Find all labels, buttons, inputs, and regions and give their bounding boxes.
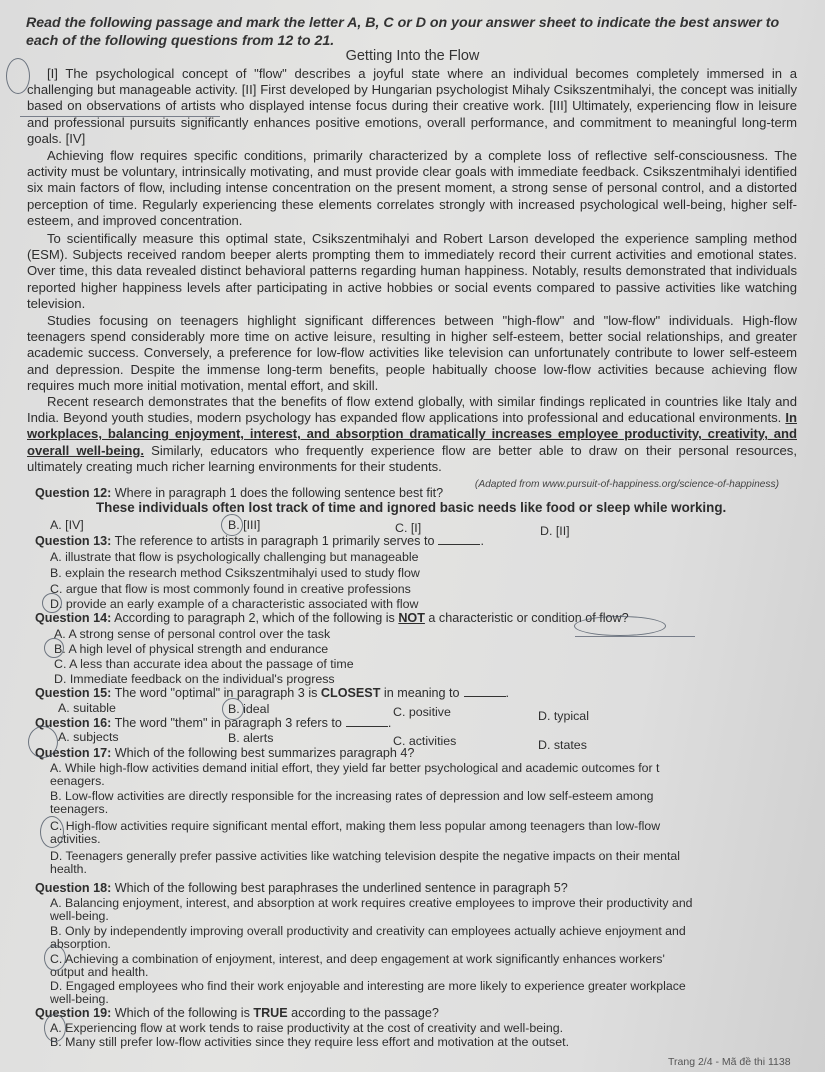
- question-16: Question 16: The word "them" in paragrap…: [35, 716, 795, 730]
- question-17: Question 17: Which of the following best…: [35, 746, 795, 760]
- q17-option-c[interactable]: C. High-flow activities require signific…: [50, 820, 750, 847]
- q13-option-d[interactable]: D. provide an early example of a charact…: [50, 597, 418, 611]
- q17-option-b[interactable]: B. Low-flow activities are directly resp…: [50, 790, 750, 817]
- question-13: Question 13: The reference to artists in…: [35, 534, 795, 548]
- pen-circle-answer-q16: [28, 726, 58, 758]
- pen-underline: [20, 116, 220, 117]
- q14-option-c[interactable]: C. A less than accurate idea about the p…: [54, 657, 354, 671]
- pen-circle-answer-q13: [42, 593, 62, 613]
- page-footer: Trang 2/4 - Mã đề thi 1138: [668, 1056, 791, 1068]
- q18-option-a[interactable]: A. Balancing enjoyment, interest, and ab…: [50, 897, 750, 924]
- q16-option-b[interactable]: B. alerts: [228, 731, 273, 745]
- passage-title: Getting Into the Flow: [0, 48, 825, 64]
- q18-option-c[interactable]: C. Achieving a combination of enjoyment,…: [50, 953, 750, 980]
- pen-circle-answer-q18: [44, 945, 66, 971]
- question-19: Question 19: Which of the following is T…: [35, 1006, 795, 1020]
- q18-option-b[interactable]: B. Only by independently improving overa…: [50, 925, 750, 952]
- paragraph-4: Studies focusing on teenagers highlight …: [27, 313, 797, 394]
- q12-option-c[interactable]: C. [I]: [395, 521, 421, 535]
- q19-option-b[interactable]: B. Many still prefer low-flow activities…: [50, 1035, 569, 1049]
- instructions: Read the following passage and mark the …: [26, 14, 806, 50]
- q14-option-d[interactable]: D. Immediate feedback on the individual'…: [54, 672, 335, 686]
- pen-circle-condition: [574, 616, 666, 636]
- pen-circle-answer-q12: [221, 514, 243, 536]
- q13-option-a[interactable]: A. illustrate that flow is psychological…: [50, 550, 419, 564]
- q18-option-d[interactable]: D. Engaged employees who find their work…: [50, 980, 750, 1007]
- q13-option-c[interactable]: C. argue that flow is most commonly foun…: [50, 582, 411, 596]
- q13-option-b[interactable]: B. explain the research method Csikszent…: [50, 566, 420, 580]
- q17-option-a[interactable]: A. While high-flow activities demand ini…: [50, 762, 750, 789]
- q12-option-a[interactable]: A. [IV]: [50, 518, 84, 532]
- question-14: Question 14: According to paragraph 2, w…: [35, 611, 795, 625]
- paragraph-5: Recent research demonstrates that the be…: [27, 394, 797, 475]
- pen-circle-answer-q19: [44, 1014, 66, 1042]
- pen-circle-answer-q15: [222, 698, 244, 720]
- question-15: Question 15: The word "optimal" in parag…: [35, 686, 795, 700]
- insert-sentence: These individuals often lost track of ti…: [96, 500, 726, 515]
- pen-circle-answer-q14: [44, 638, 64, 658]
- q19-option-a[interactable]: A. Experiencing flow at work tends to ra…: [50, 1021, 563, 1035]
- q15-option-a[interactable]: A. suitable: [58, 701, 116, 715]
- exam-page: Read the following passage and mark the …: [0, 0, 825, 1072]
- question-18: Question 18: Which of the following best…: [35, 881, 795, 895]
- q17-option-d[interactable]: D. Teenagers generally prefer passive ac…: [50, 850, 750, 877]
- pen-circle-mark: [6, 58, 30, 94]
- q14-option-a[interactable]: A. A strong sense of personal control ov…: [54, 627, 330, 641]
- paragraph-3: To scientifically measure this optimal s…: [27, 231, 797, 312]
- pen-underline: [575, 636, 695, 637]
- paragraph-1: [I] The psychological concept of "flow" …: [27, 66, 797, 147]
- pen-circle-answer-q17: [40, 816, 64, 848]
- question-12: Question 12: Where in paragraph 1 does t…: [35, 486, 795, 500]
- q14-option-b[interactable]: B. A high level of physical strength and…: [54, 642, 328, 656]
- paragraph-2: Achieving flow requires specific conditi…: [27, 148, 797, 229]
- q16-option-a[interactable]: A. subjects: [58, 730, 119, 744]
